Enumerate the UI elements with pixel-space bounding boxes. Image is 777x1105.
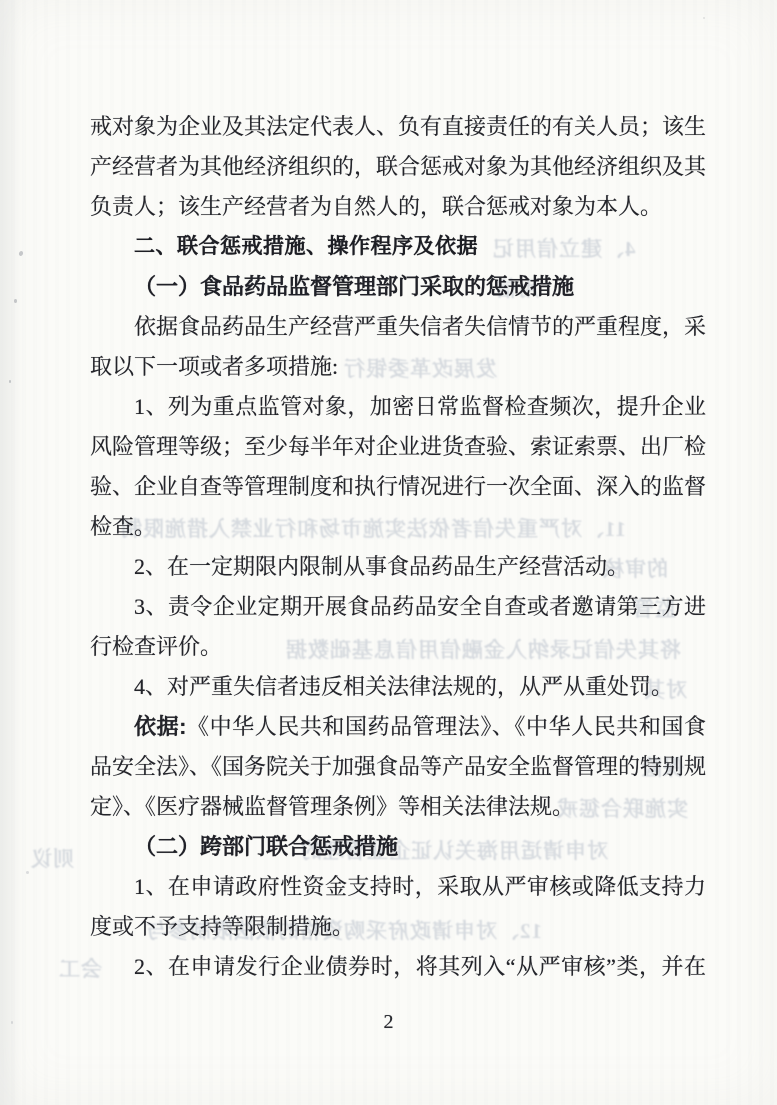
text-line: 依据:《中华人民共和国药品管理法》、《中华人民共和国食: [90, 707, 706, 747]
text-line: 3、责令企业定期开展食品药品安全自查或者邀请第三方进: [90, 587, 706, 627]
scan-speck: [11, 1021, 13, 1024]
text-line: 定》、《医疗器械监督管理条例》等相关法律法规。: [90, 787, 706, 827]
text-line: 4、对严重失信者违反相关法律法规的，从严从重处罚。: [90, 667, 706, 707]
bold-lead-in: 依据:: [134, 714, 186, 739]
text-line: 取以下一项或者多项措施:: [90, 347, 706, 387]
text-line: （一）食品药品监督管理部门采取的惩戒措施: [90, 267, 706, 307]
scan-speck: [18, 250, 23, 256]
text-line: 品安全法》、《国务院关于加强食品等产品安全监督管理的特别规: [90, 747, 706, 787]
scanned-document-page: 4、建立信用记用信发展改革委银行11、对严重失信者依法实施市场和行业禁入措施限制…: [0, 0, 777, 1105]
document-body-text: 戒对象为企业及其法定代表人、负有直接责任的有关人员；该生产经营者为其他经济组织的…: [90, 107, 706, 987]
text-line: 检查。: [90, 507, 706, 547]
line-text: 《中华人民共和国药品管理法》、《中华人民共和国食: [186, 714, 706, 739]
scan-speck: [703, 17, 705, 19]
text-line: 负责人；该生产经营者为自然人的，联合惩戒对象为本人。: [90, 187, 706, 227]
page-number: 2: [0, 1002, 777, 1042]
text-line: 1、在申请政府性资金支持时，采取从严审核或降低支持力: [90, 867, 706, 907]
text-line: 依据食品药品生产经营严重失信者失信情节的严重程度，采: [90, 307, 706, 347]
text-line: 戒对象为企业及其法定代表人、负有直接责任的有关人员；该生: [90, 107, 706, 147]
bleedthrough-ghost-text: 则议: [30, 846, 74, 872]
text-line: 行检查评价。: [90, 627, 706, 667]
text-line: 度或不予支持等限制措施。: [90, 907, 706, 947]
scan-speck: [14, 299, 17, 303]
text-line: 验、企业自查等管理制度和执行情况进行一次全面、深入的监督: [90, 467, 706, 507]
text-line: 1、列为重点监管对象，加密日常监督检查频次，提升企业: [90, 387, 706, 427]
text-line: （二）跨部门联合惩戒措施: [90, 827, 706, 867]
text-line: 风险管理等级；至少每半年对企业进货查验、索证索票、出厂检: [90, 427, 706, 467]
text-line: 二、联合惩戒措施、操作程序及依据: [90, 227, 706, 267]
scan-speck: [9, 380, 11, 383]
scan-speck: [26, 871, 29, 874]
text-line: 2、在一定期限内限制从事食品药品生产经营活动。: [90, 547, 706, 587]
text-line: 产经营者为其他经济组织的，联合惩戒对象为其他经济组织及其: [90, 147, 706, 187]
text-line: 2、在申请发行企业债券时，将其列入“从严审核”类，并在: [90, 947, 706, 987]
